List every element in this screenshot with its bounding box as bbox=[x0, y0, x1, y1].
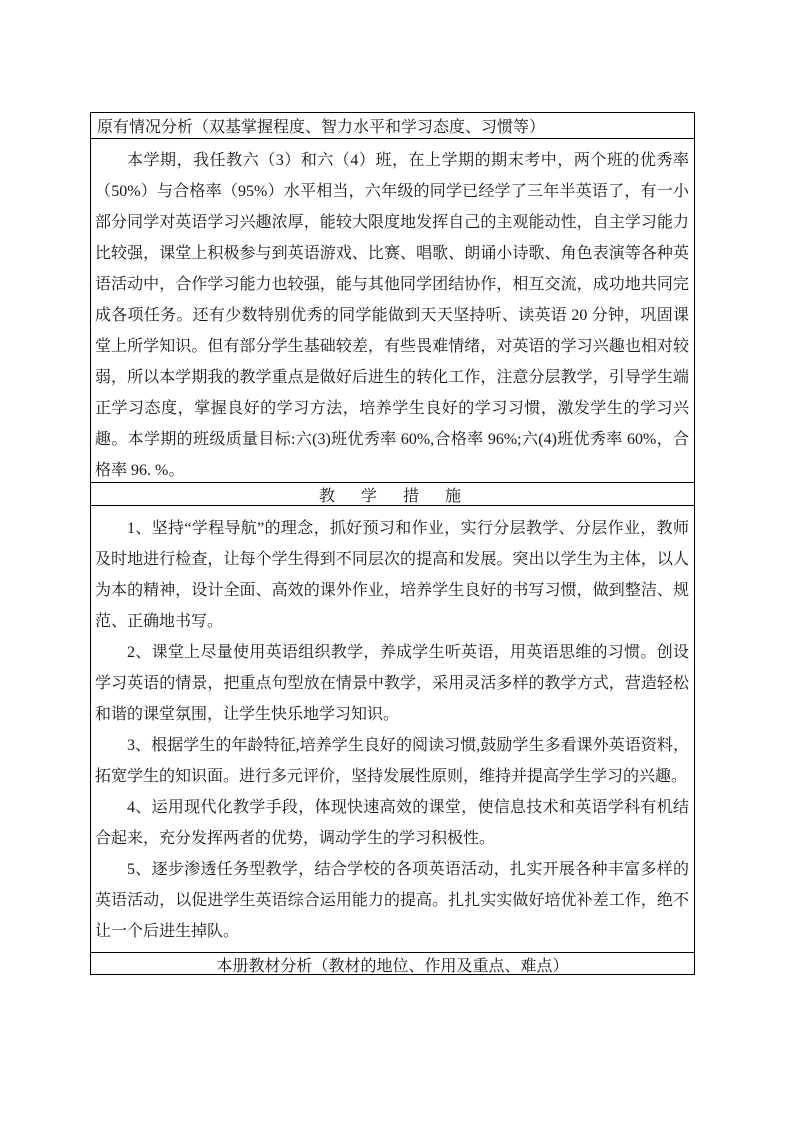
teaching-measure-item-3: 3、根据学生的年龄特征,培养学生良好的阅读习惯,鼓励学生多看课外英语资料，拓宽学… bbox=[95, 730, 689, 792]
section-header-teaching-measures: 教 学 措 施 bbox=[91, 482, 694, 505]
section-header-textbook-analysis: 本册教材分析（教材的地位、作用及重点、难点） bbox=[91, 952, 694, 976]
analysis-section-body: 本学期，我任教六（3）和六（4）班，在上学期的期末考中，两个班的优秀率（50%）… bbox=[91, 138, 694, 482]
teaching-measure-item-2: 2、课堂上尽量使用英语组织教学，养成学生听英语，用英语思维的习惯。创设学习英语的… bbox=[95, 637, 689, 730]
section-header-teaching-measures-label: 教 学 措 施 bbox=[319, 483, 466, 506]
lesson-plan-table: 原有情况分析（双基掌握程度、智力水平和学习态度、习惯等） 本学期，我任教六（3）… bbox=[90, 112, 695, 975]
analysis-paragraph: 本学期，我任教六（3）和六（4）班，在上学期的期末考中，两个班的优秀率（50%）… bbox=[95, 145, 689, 482]
section-header-analysis: 原有情况分析（双基掌握程度、智力水平和学习态度、习惯等） bbox=[91, 113, 694, 138]
teaching-measures-body: 1、坚持“学程导航”的理念，抓好预习和作业，实行分层教学、分层作业，教师及时地进… bbox=[91, 505, 694, 952]
section-header-analysis-label: 原有情况分析（双基掌握程度、智力水平和学习态度、习惯等） bbox=[97, 114, 545, 137]
teaching-measure-item-1: 1、坚持“学程导航”的理念，抓好预习和作业，实行分层教学、分层作业，教师及时地进… bbox=[95, 513, 689, 637]
section-header-textbook-analysis-label: 本册教材分析（教材的地位、作用及重点、难点） bbox=[216, 953, 568, 976]
teaching-measure-item-4: 4、运用现代化教学手段，体现快速高效的课堂，使信息技术和英语学科有机结合起来，充… bbox=[95, 792, 689, 854]
document-page: 原有情况分析（双基掌握程度、智力水平和学习态度、习惯等） 本学期，我任教六（3）… bbox=[0, 0, 793, 1122]
teaching-measure-item-5: 5、逐步渗透任务型教学，结合学校的各项英语活动，扎实开展各种丰富多样的英语活动，… bbox=[95, 854, 689, 947]
